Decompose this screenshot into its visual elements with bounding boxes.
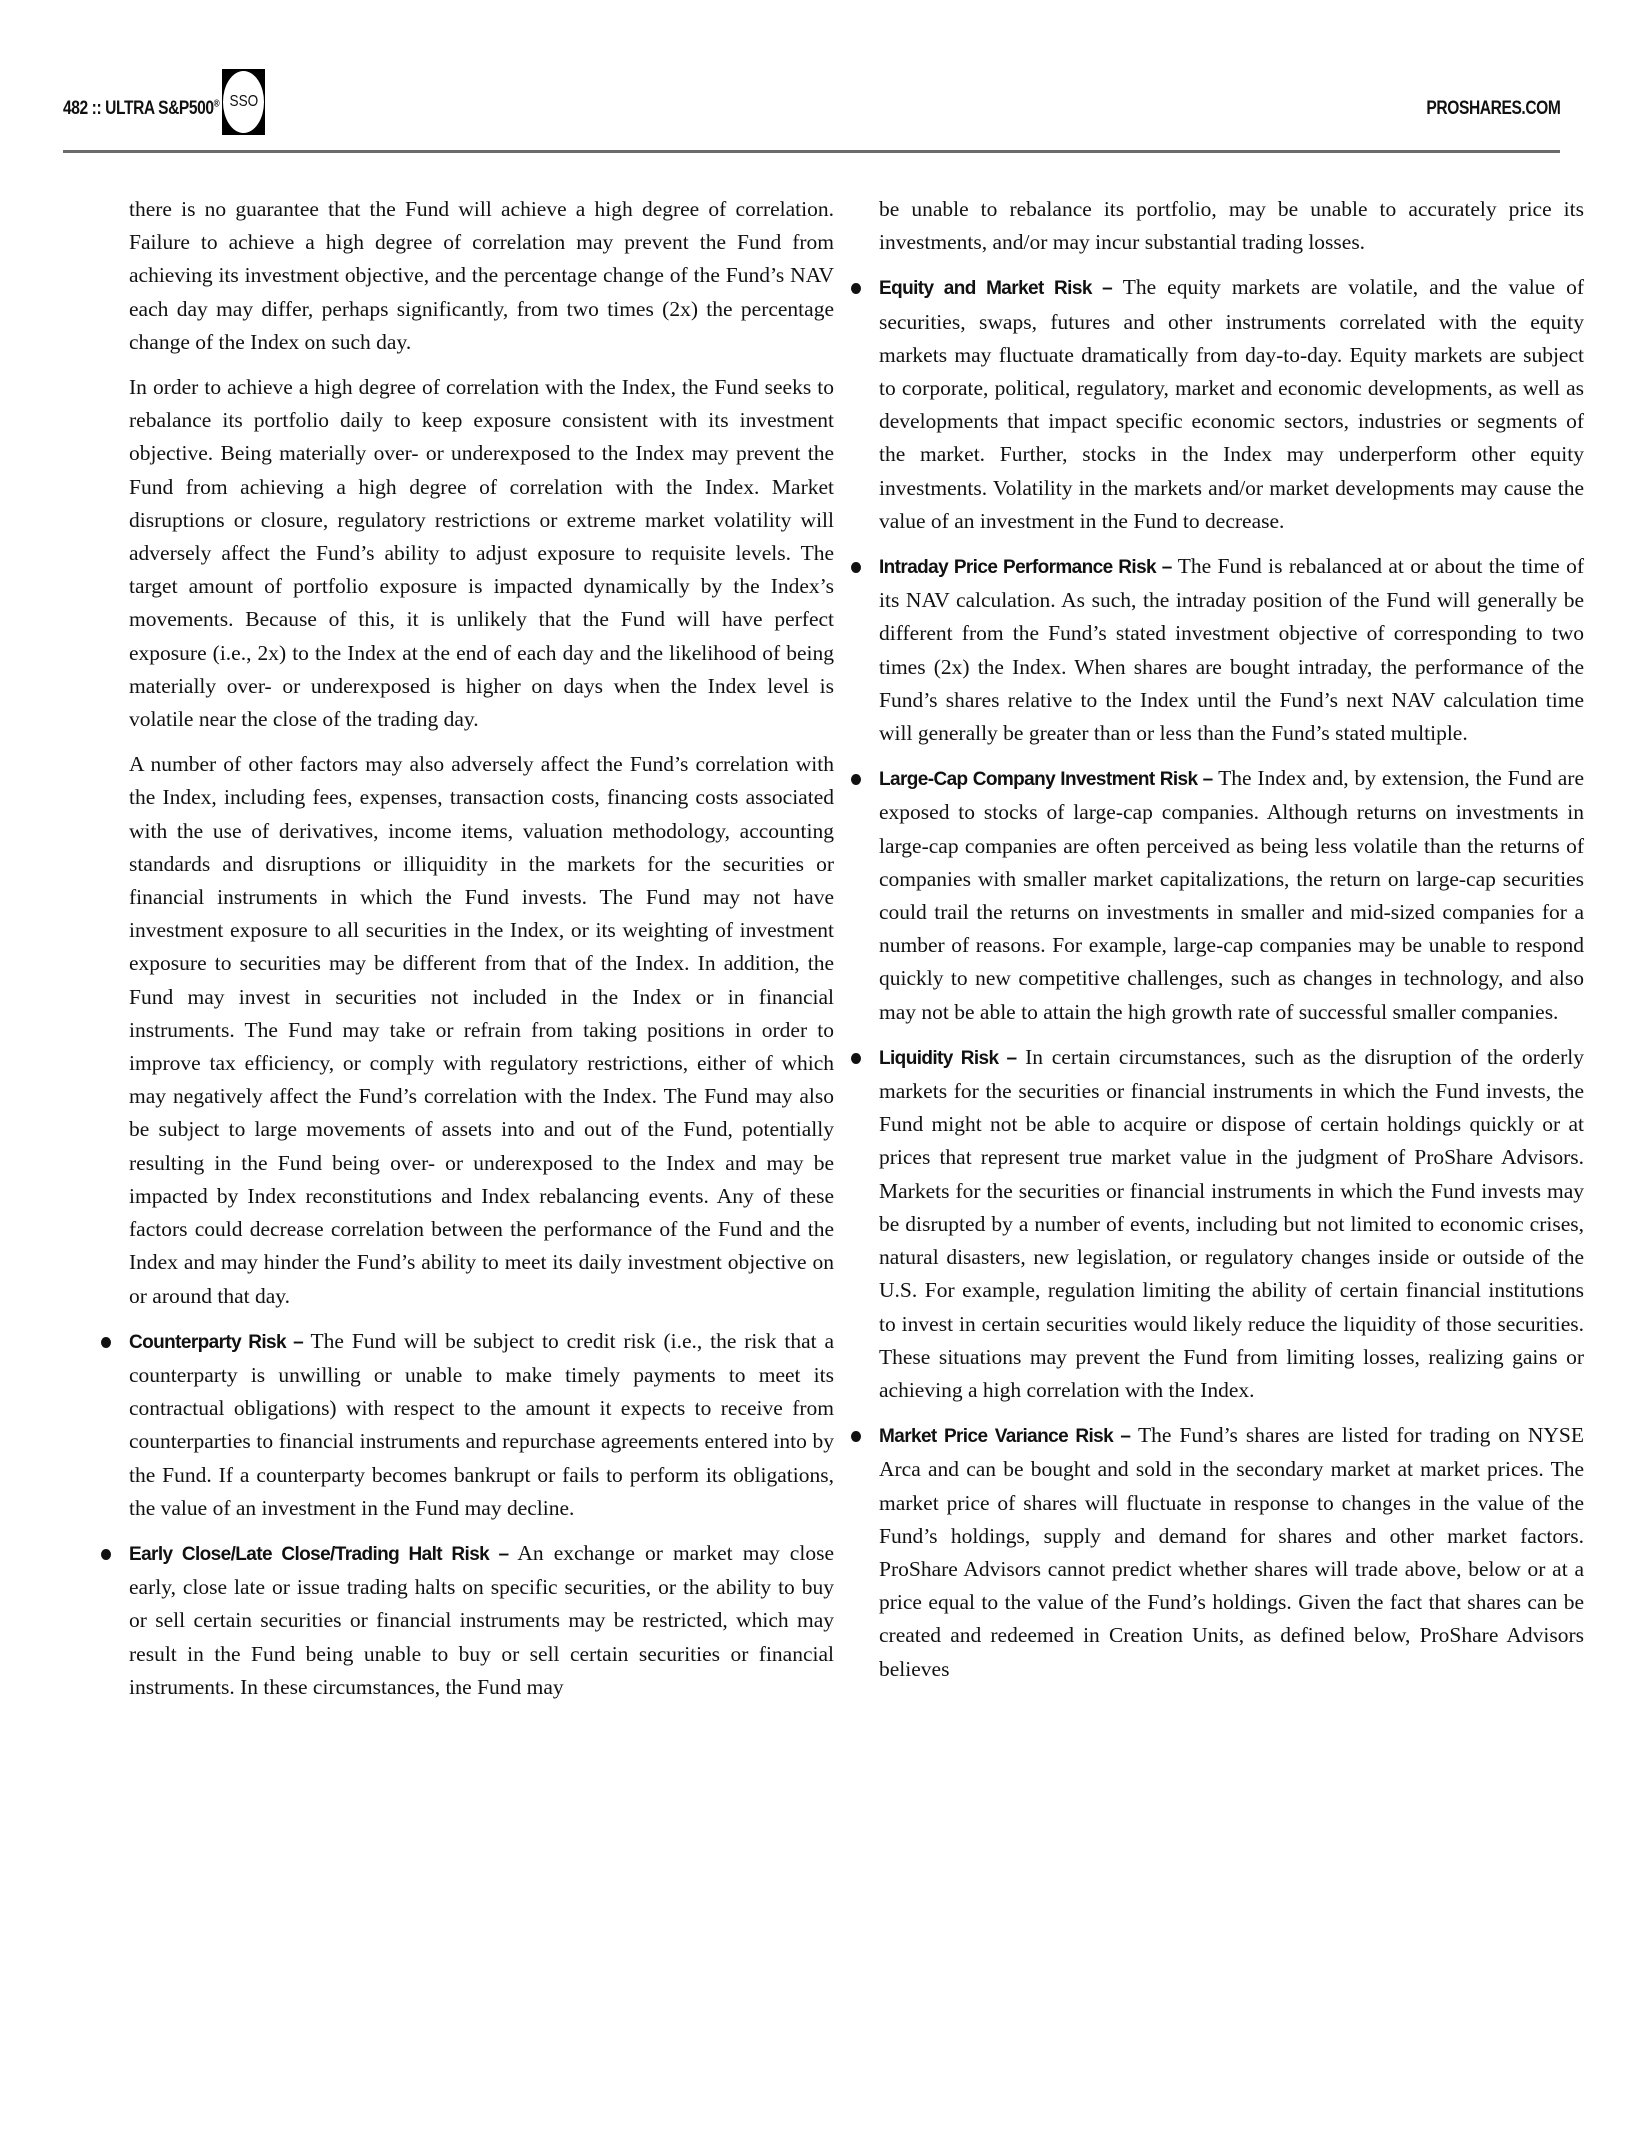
risk-text: The Index and, by extension, the Fund ar…: [879, 766, 1584, 1023]
paragraph: there is no guarantee that the Fund will…: [129, 193, 834, 359]
bullet-icon: [851, 283, 861, 294]
separator: ::: [92, 98, 102, 119]
risk-text: In certain circumstances, such as the di…: [879, 1045, 1584, 1402]
bullet-icon: [851, 562, 861, 573]
risk-item-intraday: Intraday Price Performance Risk – The Fu…: [879, 550, 1584, 750]
header-divider: [63, 150, 1560, 153]
page-header: 482 :: ULTRA S&P500® SSO PROSHARES.COM: [63, 60, 1560, 160]
page-number: 482: [63, 98, 88, 119]
bullet-icon: [851, 1053, 861, 1064]
ticker-label: SSO: [229, 93, 258, 111]
risk-title: Intraday Price Performance Risk –: [879, 557, 1172, 578]
risk-title: Equity and Market Risk –: [879, 278, 1112, 299]
risk-title: Counterparty Risk –: [129, 1332, 303, 1353]
fund-name: ULTRA S&P500: [105, 98, 213, 119]
risk-item-equity-market: Equity and Market Risk – The equity mark…: [879, 271, 1584, 538]
right-column: be unable to rebalance its portfolio, ma…: [879, 193, 1584, 1698]
risk-text: The Fund’s shares are listed for trad­in…: [879, 1423, 1584, 1680]
risk-item-counterparty: Counterparty Risk – The Fund will be sub…: [129, 1325, 834, 1525]
ticker-circle: SSO: [223, 71, 264, 133]
risk-title: Liquidity Risk –: [879, 1048, 1016, 1069]
risk-item-large-cap: Large-Cap Company Investment Risk – The …: [879, 762, 1584, 1029]
risk-item-market-price-variance: Market Price Variance Risk – The Fund’s …: [879, 1419, 1584, 1686]
bullet-icon: [101, 1337, 111, 1348]
risk-item-early-close: Early Close/Late Close/Trading Halt Risk…: [129, 1537, 834, 1704]
paragraph: In order to achieve a high degree of cor…: [129, 371, 834, 736]
left-column: there is no guarantee that the Fund will…: [129, 193, 834, 1716]
risk-title: Market Price Variance Risk –: [879, 1426, 1130, 1447]
ticker-badge: SSO: [222, 69, 265, 135]
bullet-icon: [101, 1549, 111, 1560]
risk-text: The equity markets are volatile, and the…: [879, 275, 1584, 532]
risk-item-liquidity: Liquidity Risk – In certain circumstance…: [879, 1041, 1584, 1407]
risk-text: The Fund is rebalanced at or about the t…: [879, 554, 1584, 745]
paragraph: A number of other factors may also adver…: [129, 748, 834, 1312]
site-url: PROSHARES.COM: [1426, 98, 1560, 120]
risk-text: The Fund will be subject to credit risk …: [129, 1329, 834, 1520]
bullet-icon: [851, 774, 861, 785]
bullet-icon: [851, 1431, 861, 1442]
continuation-paragraph: be unable to rebalance its portfolio, ma…: [879, 193, 1584, 259]
page-label: 482 :: ULTRA S&P500®: [63, 98, 219, 120]
risk-title: Large-Cap Company Investment Risk –: [879, 769, 1213, 790]
registered-mark: ®: [214, 99, 220, 110]
risk-title: Early Close/Late Close/Trading Halt Risk…: [129, 1544, 508, 1565]
